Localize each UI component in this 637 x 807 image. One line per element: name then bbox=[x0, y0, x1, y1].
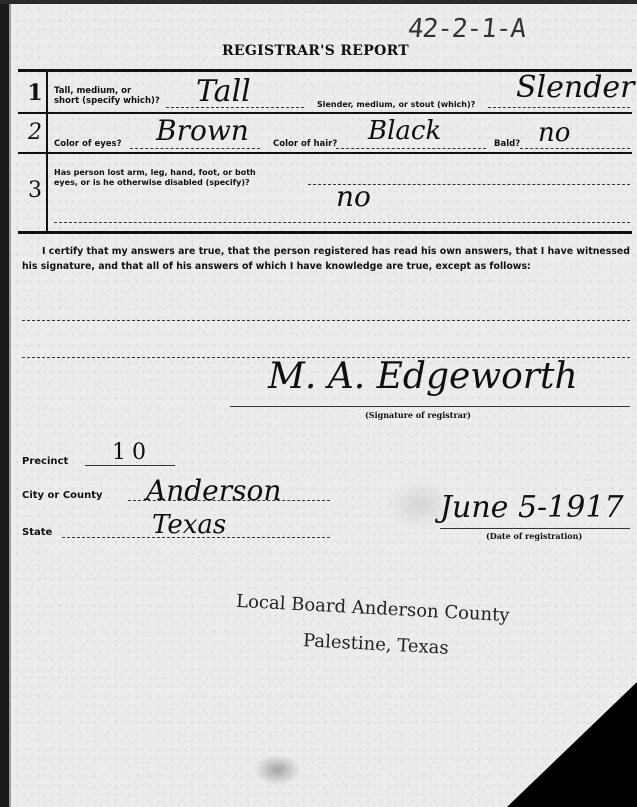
bald-label: Bald? bbox=[494, 139, 520, 149]
state-value[interactable]: Texas bbox=[152, 510, 226, 540]
question-row-1: 1 Tall, medium, or short (specify which)… bbox=[18, 72, 632, 114]
height-value[interactable]: Tall bbox=[196, 74, 251, 109]
build-answer-line bbox=[488, 107, 630, 108]
build-value[interactable]: Slender bbox=[516, 70, 635, 105]
row-number: 1 bbox=[26, 80, 44, 106]
hair-color-answer-line bbox=[336, 148, 486, 149]
bald-value[interactable]: no bbox=[538, 118, 570, 148]
county-label: City or County bbox=[22, 491, 103, 501]
county-value[interactable]: Anderson bbox=[146, 474, 281, 507]
row-number: 3 bbox=[26, 178, 44, 203]
precinct-label: Precinct bbox=[22, 457, 68, 467]
signature-caption: (Signature of registrar) bbox=[365, 410, 471, 420]
bald-answer-line bbox=[520, 148, 630, 149]
ink-smudge bbox=[255, 755, 300, 785]
report-title: REGISTRAR'S REPORT bbox=[222, 43, 409, 59]
disability-answer-line-2 bbox=[54, 222, 630, 223]
signature-line bbox=[230, 406, 630, 407]
registration-date-line bbox=[440, 528, 630, 529]
disability-label-line1: Has person lost arm, leg, hand, foot, or… bbox=[54, 168, 256, 178]
eye-color-value[interactable]: Brown bbox=[156, 114, 249, 147]
state-label: State bbox=[22, 528, 52, 538]
serial-number: 42-2-1-A bbox=[406, 14, 526, 44]
scan-edge-left bbox=[0, 0, 9, 807]
build-label: Slender, medium, or stout (which)? bbox=[317, 100, 475, 110]
scan-edge-shadow bbox=[9, 0, 11, 807]
row-number: 2 bbox=[26, 120, 44, 145]
eye-color-label: Color of eyes? bbox=[54, 139, 122, 149]
registrar-signature[interactable]: M. A. Edgeworth bbox=[268, 356, 578, 397]
torn-corner bbox=[507, 682, 637, 807]
hair-color-label: Color of hair? bbox=[273, 139, 337, 149]
exception-line-1 bbox=[22, 320, 630, 321]
question-row-2: 2 Color of eyes? Brown Color of hair? Bl… bbox=[18, 114, 632, 154]
certification-text: I certify that my answers are true, that… bbox=[22, 244, 630, 274]
disability-label-line2: eyes, or is he otherwise disabled (speci… bbox=[54, 178, 250, 188]
precinct-line bbox=[85, 465, 175, 466]
height-label-line1: Tall, medium, or bbox=[54, 86, 131, 96]
question-row-3: 3 Has person lost arm, leg, hand, foot, … bbox=[18, 154, 632, 228]
scan-edge-top bbox=[0, 0, 637, 4]
registration-date-caption: (Date of registration) bbox=[486, 531, 582, 541]
questions-table: 1 Tall, medium, or short (specify which)… bbox=[18, 69, 632, 234]
hair-color-value[interactable]: Black bbox=[368, 116, 441, 146]
height-label-line2: short (specify which)? bbox=[54, 96, 160, 106]
eye-color-answer-line bbox=[130, 148, 260, 149]
registration-date-value[interactable]: June 5-1917 bbox=[440, 490, 624, 525]
disability-value[interactable]: no bbox=[336, 180, 371, 213]
precinct-value[interactable]: 10 bbox=[112, 440, 152, 465]
